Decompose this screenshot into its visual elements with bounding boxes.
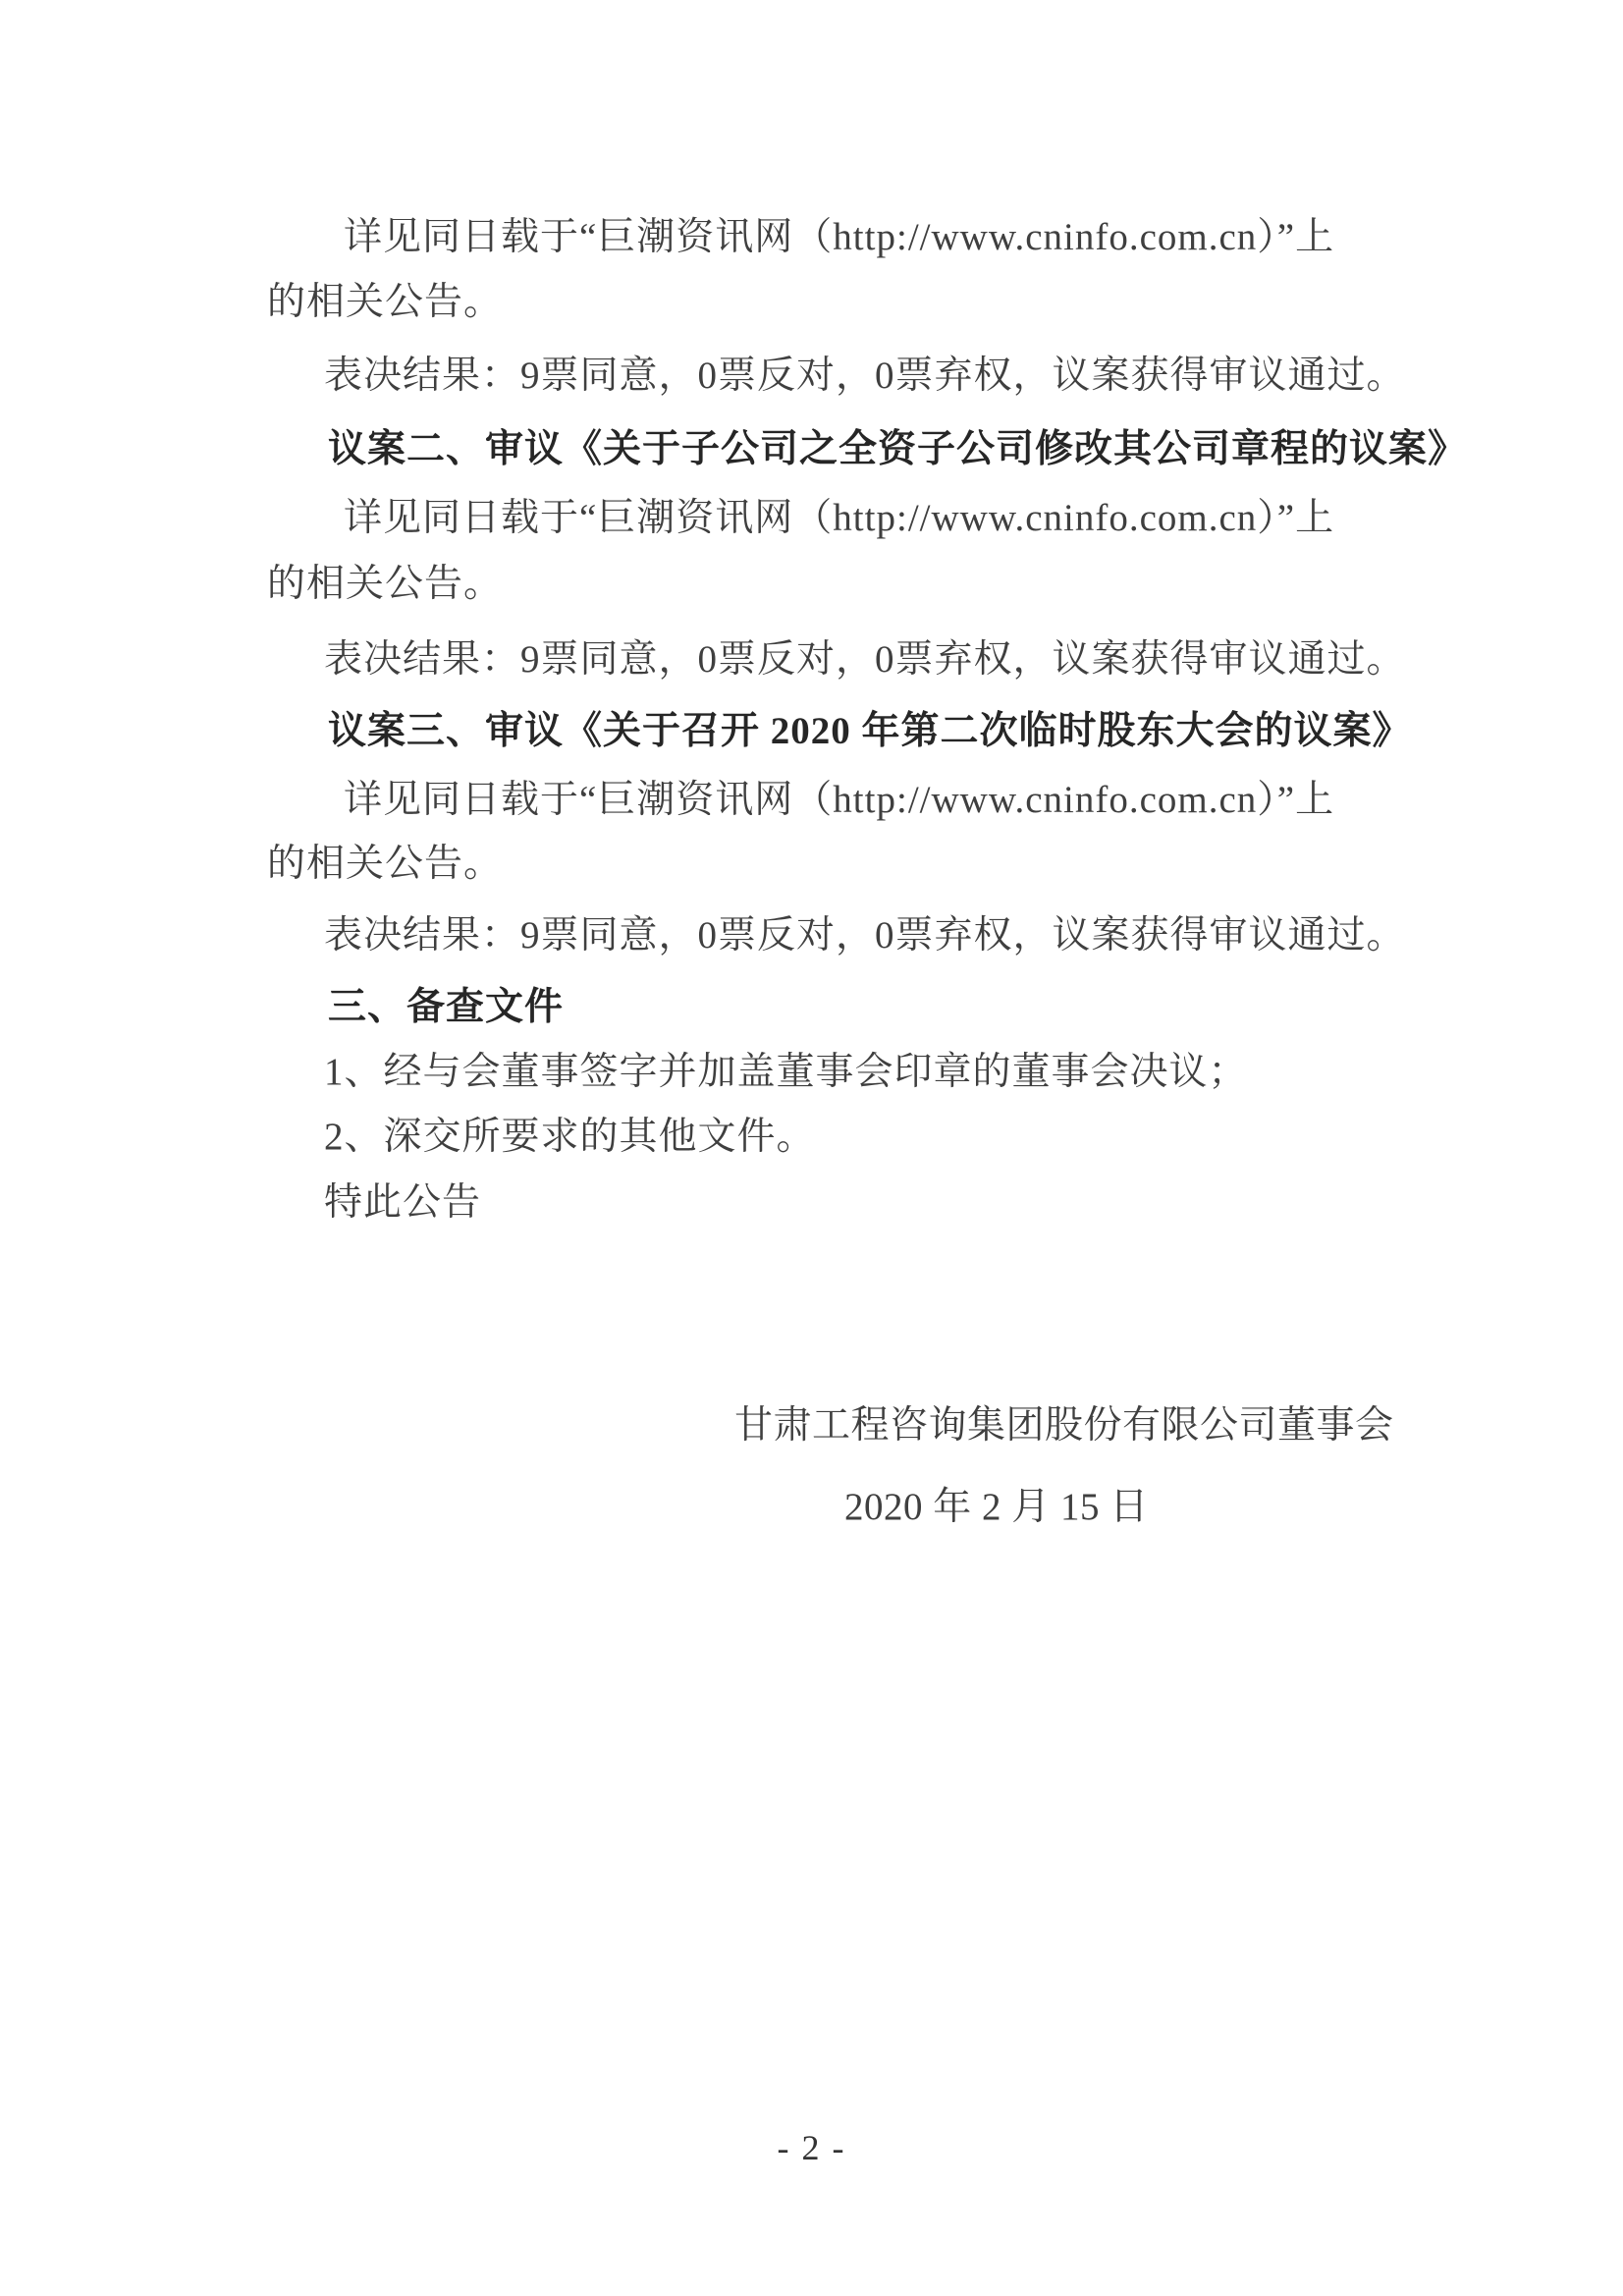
reference-doc-2: 2、深交所要求的其他文件。: [324, 1116, 816, 1160]
proposal2-disclosure-line1: 详见同日载于“巨潮资讯网（http://www.cninfo.com.cn）”上: [344, 497, 1334, 541]
signature-date: 2020 年 2 月 15 日: [844, 1486, 1149, 1530]
proposal3-vote-result: 表决结果：9票同意，0票反对，0票弃权，议案获得审议通过。: [324, 914, 1406, 958]
page-number: - 2 -: [0, 2127, 1623, 2168]
signature-company: 甘肃工程咨询集团股份有限公司董事会: [734, 1404, 1394, 1449]
section3-heading: 三、备查文件: [328, 986, 564, 1030]
proposal1-disclosure-line2: 的相关公告。: [267, 281, 503, 325]
proposal1-disclosure-line1: 详见同日载于“巨潮资讯网（http://www.cninfo.com.cn）”上: [344, 216, 1334, 260]
document-page: 详见同日载于“巨潮资讯网（http://www.cninfo.com.cn）”上…: [0, 0, 1623, 2296]
proposal2-heading: 议案二、审议《关于子公司之全资子公司修改其公司章程的议案》: [328, 428, 1467, 472]
proposal2-vote-result: 表决结果：9票同意，0票反对，0票弃权，议案获得审议通过。: [324, 638, 1406, 683]
proposal2-disclosure-line2: 的相关公告。: [267, 563, 503, 607]
proposal3-disclosure-line2: 的相关公告。: [267, 843, 503, 887]
proposal1-vote-result: 表决结果：9票同意，0票反对，0票弃权，议案获得审议通过。: [324, 355, 1406, 399]
closing-note: 特此公告: [324, 1181, 481, 1226]
proposal3-heading: 议案三、审议《关于召开 2020 年第二次临时股东大会的议案》: [328, 710, 1412, 754]
proposal3-disclosure-line1: 详见同日载于“巨潮资讯网（http://www.cninfo.com.cn）”上: [344, 779, 1334, 823]
reference-doc-1: 1、经与会董事签字并加盖董事会印章的董事会决议；: [324, 1051, 1248, 1095]
